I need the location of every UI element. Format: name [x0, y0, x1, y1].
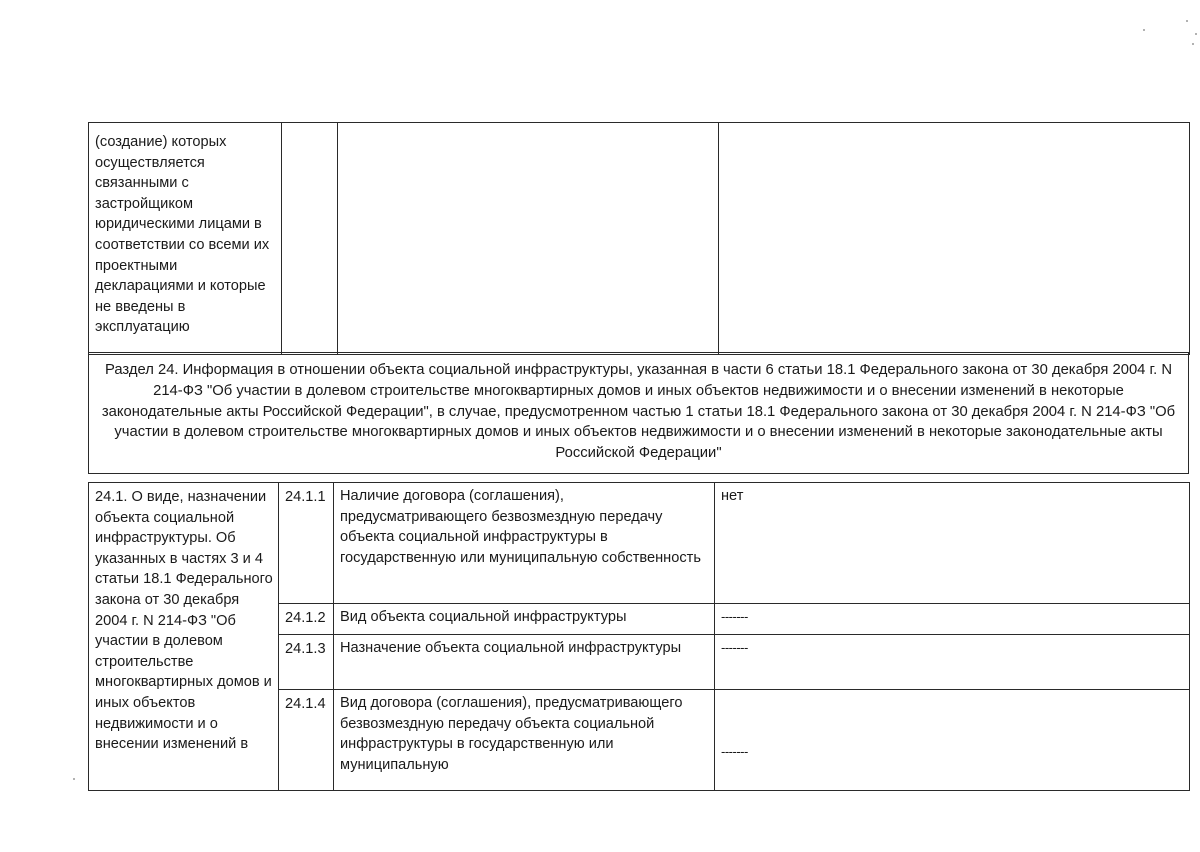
- row-code: [282, 123, 338, 355]
- continuation-table: (создание) которых осуществляется связан…: [88, 122, 1190, 355]
- row-value: нет: [715, 483, 1190, 604]
- scanned-page: (создание) которых осуществляется связан…: [0, 0, 1200, 852]
- row-code: 24.1.4: [279, 690, 334, 791]
- row-code: 24.1.3: [279, 635, 334, 690]
- row-value: -------: [721, 640, 748, 655]
- row-value-cell: -------: [715, 690, 1190, 791]
- group-table: 24.1. О виде, назначении объекта социаль…: [88, 482, 1190, 791]
- section-title: Раздел 24. Информация в отношении объект…: [89, 353, 1189, 474]
- row-caption: Назначение объекта социальной инфраструк…: [334, 635, 715, 690]
- scan-speck: [73, 778, 75, 780]
- scan-speck: [1186, 20, 1188, 22]
- row-value: -------: [721, 742, 1184, 763]
- section-header-table: Раздел 24. Информация в отношении объект…: [88, 352, 1189, 474]
- table-row: 24.1. О виде, назначении объекта социаль…: [89, 483, 1190, 604]
- scan-speck: [1143, 29, 1145, 31]
- row-caption: Вид объекта социальной инфраструктуры: [334, 604, 715, 635]
- row-value: -------: [721, 609, 748, 624]
- scan-speck: [1192, 43, 1194, 45]
- row-value-cell: -------: [715, 635, 1190, 690]
- row-caption: Вид договора (соглашения), предусматрива…: [334, 690, 715, 791]
- row-code: 24.1.2: [279, 604, 334, 635]
- table-row: (создание) которых осуществляется связан…: [89, 123, 1190, 355]
- row-label: (создание) которых осуществляется связан…: [89, 123, 282, 355]
- row-value-cell: -------: [715, 604, 1190, 635]
- scan-speck: [1195, 33, 1197, 35]
- row-value: [719, 123, 1190, 355]
- row-caption: [338, 123, 719, 355]
- group-label: 24.1. О виде, назначении объекта социаль…: [89, 483, 279, 791]
- row-caption: Наличие договора (соглашения), предусмат…: [334, 483, 715, 604]
- section-header-row: Раздел 24. Информация в отношении объект…: [89, 353, 1189, 474]
- row-code: 24.1.1: [279, 483, 334, 604]
